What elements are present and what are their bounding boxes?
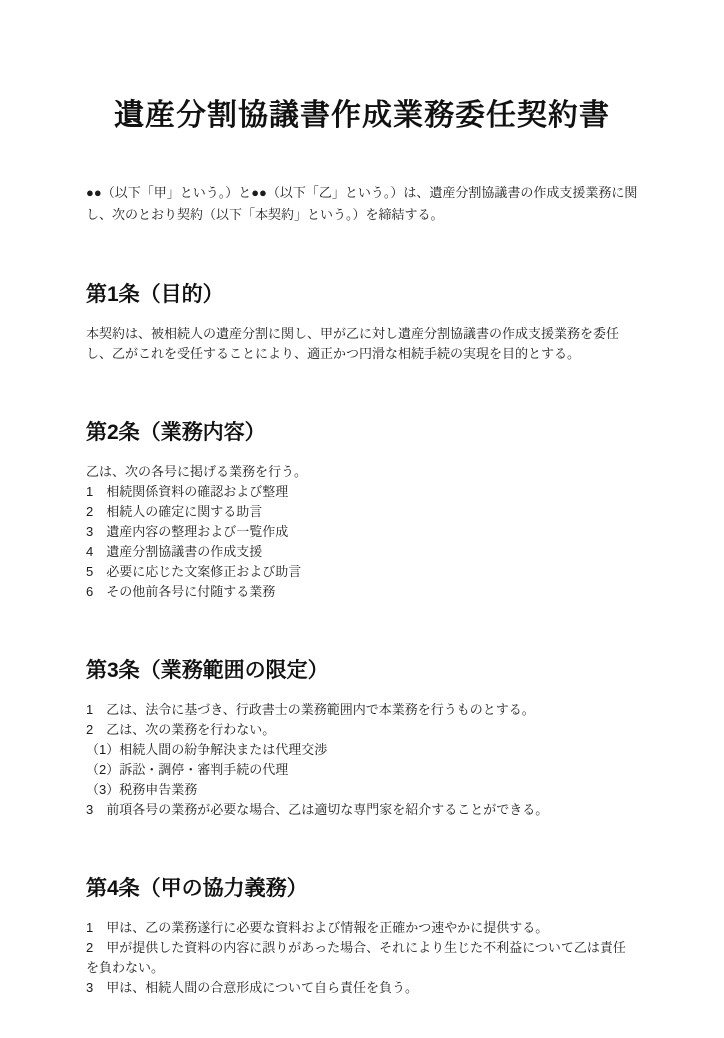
article-4-heading: 第4条（甲の協力義務） (86, 875, 638, 903)
article-3-subitem-2: （2）訴訟・調停・審判手続の代理 (86, 760, 638, 780)
article-2: 第2条（業務内容） 乙は、次の各号に掲げる業務を行う。 1 相続関係資料の確認お… (86, 419, 638, 602)
article-3-subitem-1: （1）相続人間の紛争解決または代理交渉 (86, 740, 638, 760)
article-2-item-1: 1 相続関係資料の確認および整理 (86, 482, 638, 502)
article-3-subitem-3: （3）税務申告業務 (86, 780, 638, 800)
article-4-item-2: 2 甲が提供した資料の内容に誤りがあった場合、それにより生じた不利益について乙は… (86, 938, 638, 978)
article-2-item-5: 5 必要に応じた文案修正および助言 (86, 562, 638, 582)
article-3-item-3: 3 前項各号の業務が必要な場合、乙は適切な専門家を紹介することができる。 (86, 800, 638, 820)
article-1-body: 本契約は、被相続人の遺産分割に関し、甲が乙に対し遺産分割協議書の作成支援業務を委… (86, 324, 638, 364)
article-3: 第3条（業務範囲の限定） 1 乙は、法令に基づき、行政書士の業務範囲内で本業務を… (86, 657, 638, 820)
article-1: 第1条（目的） 本契約は、被相続人の遺産分割に関し、甲が乙に対し遺産分割協議書の… (86, 281, 638, 364)
article-2-heading: 第2条（業務内容） (86, 419, 638, 447)
article-4-item-3: 3 甲は、相続人間の合意形成について自ら責任を負う。 (86, 978, 638, 998)
preamble-paragraph: ●●（以下「甲」という。）と●●（以下「乙」という。）は、遺産分割協議書の作成支… (86, 182, 638, 226)
document-title: 遺産分割協議書作成業務委任契約書 (86, 96, 638, 136)
article-4: 第4条（甲の協力義務） 1 甲は、乙の業務遂行に必要な資料および情報を正確かつ速… (86, 875, 638, 998)
article-3-heading: 第3条（業務範囲の限定） (86, 657, 638, 685)
article-2-item-6: 6 その他前各号に付随する業務 (86, 582, 638, 602)
article-2-item-2: 2 相続人の確定に関する助言 (86, 502, 638, 522)
article-2-intro: 乙は、次の各号に掲げる業務を行う。 (86, 462, 638, 482)
article-3-item-2: 2 乙は、次の業務を行わない。 (86, 720, 638, 740)
article-3-item-1: 1 乙は、法令に基づき、行政書士の業務範囲内で本業務を行うものとする。 (86, 700, 638, 720)
article-1-heading: 第1条（目的） (86, 281, 638, 309)
article-2-item-4: 4 遺産分割協議書の作成支援 (86, 542, 638, 562)
document-page: 遺産分割協議書作成業務委任契約書 ●●（以下「甲」という。）と●●（以下「乙」と… (0, 0, 724, 1038)
article-2-item-3: 3 遺産内容の整理および一覧作成 (86, 522, 638, 542)
article-4-item-1: 1 甲は、乙の業務遂行に必要な資料および情報を正確かつ速やかに提供する。 (86, 918, 638, 938)
